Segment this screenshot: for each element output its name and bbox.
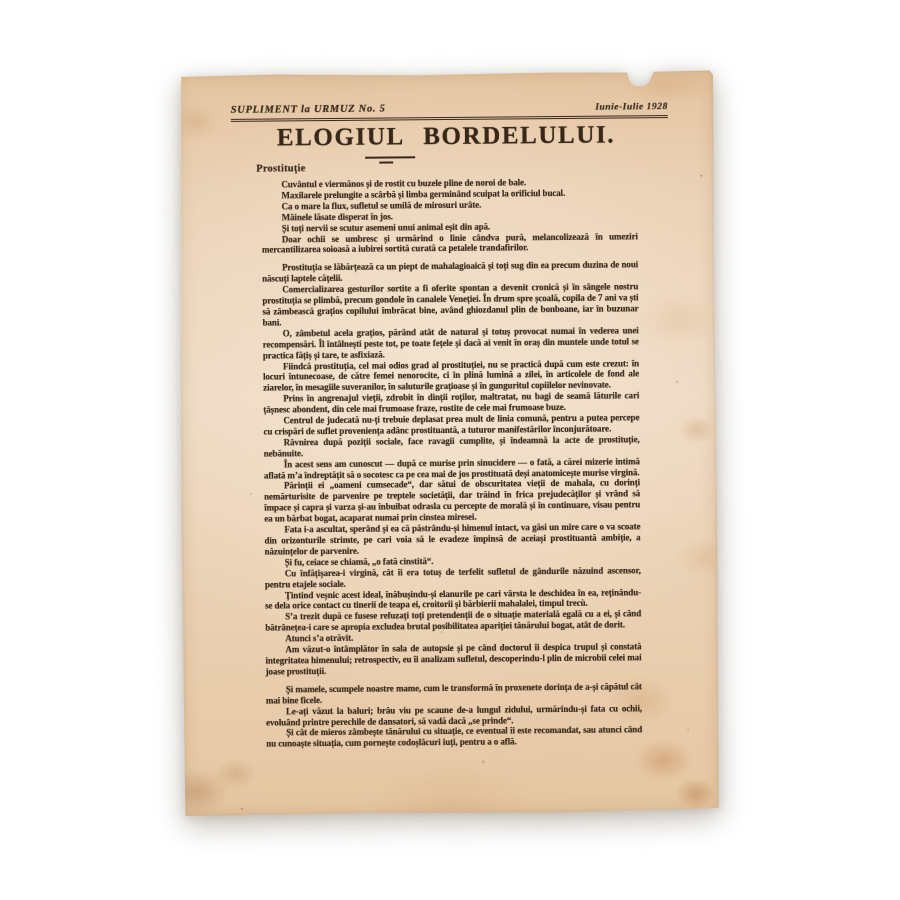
paper-sheet: SUPLIMENT la URMUZ No. 5 Iunie-Iulie 192… [177, 70, 719, 817]
paragraph: Am văzut-o întâmplător în sala de autops… [265, 641, 641, 677]
paragraph: Părinții ei „oameni cumsecade“, dar sătu… [264, 478, 640, 525]
page-title: ELOGIUL BORDELULUI. [178, 121, 714, 154]
paragraph: S’a trezit după ce fusese refuzați toți … [265, 609, 641, 634]
masthead-date: Iunie-Iulie 1928 [595, 101, 668, 113]
title-underline [365, 156, 415, 158]
paragraph: Doar ochii se umbresc și urmărind o lini… [262, 231, 638, 256]
paragraph: Comercializarea gesturilor sortite a fi … [262, 281, 638, 328]
masthead: SUPLIMENT la URMUZ No. 5 Iunie-Iulie 192… [231, 101, 668, 122]
paragraph: Fata i-a ascultat, sperând și ea că păst… [264, 521, 640, 557]
paragraph: Și cât de mieros zâmbește tânărului cu s… [266, 725, 642, 750]
page-background: SUPLIMENT la URMUZ No. 5 Iunie-Iulie 192… [0, 0, 900, 900]
body-text: Cuvântul e viermănos și de rostit cu buz… [261, 176, 642, 749]
section-label: Prostituție [256, 163, 305, 174]
paragraph: O, zâmbetul acela grațios, părând atât d… [263, 325, 639, 361]
paragraph: Fiindcă prostituția, cel mai odios grad … [263, 358, 639, 394]
aged-paper: SUPLIMENT la URMUZ No. 5 Iunie-Iulie 192… [177, 70, 719, 817]
title-underline-small [379, 161, 393, 163]
masthead-supplement-label: SUPLIMENT la URMUZ No. 5 [231, 104, 386, 116]
paragraph: Centrul de judecată nu-ți trebuie deplas… [263, 412, 639, 437]
